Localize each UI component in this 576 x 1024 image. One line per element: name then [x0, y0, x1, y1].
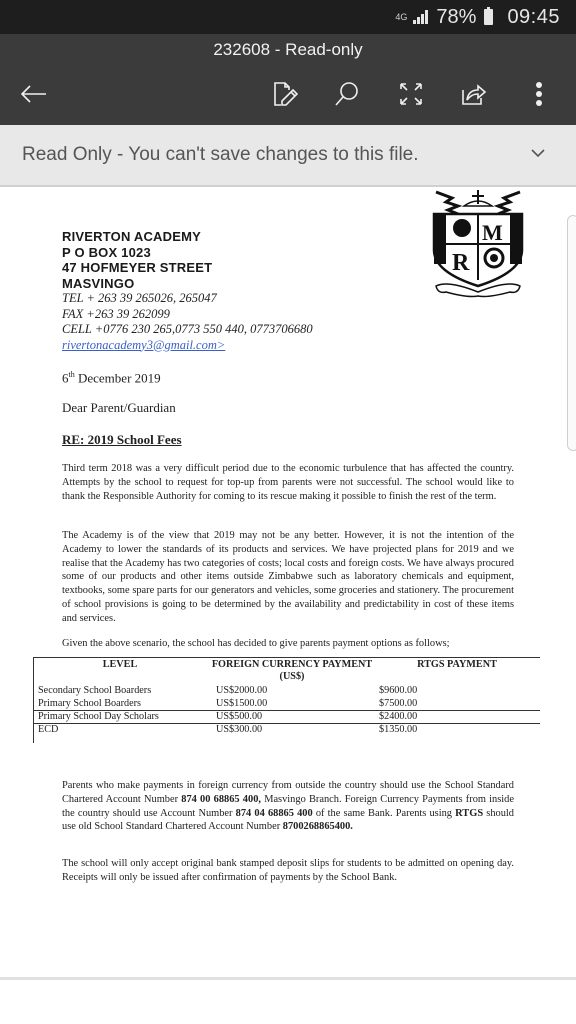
more-vert-icon — [534, 80, 544, 108]
document-title: 232608 - Read-only — [0, 40, 576, 60]
cell-rtgs: $1350.00 — [379, 724, 539, 736]
page-divider — [0, 977, 576, 980]
paragraph-2: The Academy is of the view that 2019 may… — [62, 529, 514, 626]
letter-date: 6th December 2019 — [62, 370, 161, 386]
account-number-2: 874 04 68865 400 — [236, 808, 313, 819]
fees-table-header: LEVEL FOREIGN CURRENCY PAYMENT (US$) RTG… — [33, 659, 540, 685]
header-foreign: FOREIGN CURRENCY PAYMENT (US$) — [207, 659, 377, 685]
paragraph-1: Third term 2018 was a very difficult per… — [62, 462, 514, 503]
cell-rtgs: $9600.00 — [379, 685, 539, 698]
status-bar: 4G 78% 09:45 — [0, 0, 576, 34]
header-level: LEVEL — [33, 659, 207, 685]
battery-icon — [484, 9, 493, 25]
cell-rtgs: $7500.00 — [379, 698, 539, 711]
table-row: ECD US$300.00 $1350.00 — [33, 723, 540, 736]
battery-percent: 78% — [436, 6, 476, 29]
svg-text:R: R — [452, 250, 470, 276]
read-only-message: Read Only - You can't save changes to th… — [22, 144, 419, 166]
p4-text: of the same Bank. Parents using — [313, 808, 455, 819]
cell-foreign: US$1500.00 — [216, 698, 379, 711]
cell-foreign: US$2000.00 — [216, 685, 379, 698]
svg-text:M: M — [482, 220, 503, 245]
share-icon — [459, 80, 487, 108]
date-month-year: December 2019 — [75, 370, 161, 385]
share-button[interactable] — [456, 77, 490, 111]
street-address: 47 HOFMEYER STREET — [62, 260, 313, 276]
table-row: Primary School Boarders US$1500.00 $7500… — [33, 698, 540, 711]
cell-level: Secondary School Boarders — [38, 685, 216, 698]
cell: CELL +0776 230 265,0773 550 440, 0773706… — [62, 322, 313, 338]
city: MASVINGO — [62, 276, 313, 292]
clock: 09:45 — [507, 6, 560, 29]
cell-rtgs: $2400.00 — [379, 711, 539, 723]
fees-table: LEVEL FOREIGN CURRENCY PAYMENT (US$) RTG… — [33, 659, 540, 735]
fullscreen-icon — [398, 81, 424, 107]
edit-button[interactable] — [268, 77, 302, 111]
cell-level: ECD — [38, 724, 216, 736]
search-icon — [333, 80, 361, 108]
account-number-3: 8700268865400. — [283, 821, 353, 832]
signal-icon — [413, 10, 428, 24]
letterhead: RIVERTON ACADEMY P O BOX 1023 47 HOFMEYE… — [62, 229, 313, 353]
table-row: Primary School Day Scholars US$500.00 $2… — [33, 710, 540, 723]
account-number-1: 874 00 68865 400, — [181, 794, 261, 805]
cell-foreign: US$300.00 — [216, 724, 379, 736]
back-button[interactable] — [16, 77, 50, 111]
header-rtgs: RTGS PAYMENT — [377, 659, 537, 685]
chevron-down-icon[interactable] — [530, 147, 546, 159]
paragraph-4: Parents who make payments in foreign cur… — [62, 779, 514, 834]
email-link[interactable]: rivertonacademy3@gmail.com> — [62, 338, 313, 354]
po-box: P O BOX 1023 — [62, 245, 313, 261]
app-bar: 232608 - Read-only — [0, 34, 576, 125]
table-row: Secondary School Boarders US$2000.00 $96… — [33, 685, 540, 698]
paragraph-5: The school will only accept original ban… — [62, 857, 514, 885]
fax: FAX +263 39 262099 — [62, 307, 313, 323]
search-button[interactable] — [330, 77, 364, 111]
letter-subject: RE: 2019 School Fees — [62, 432, 182, 448]
telephone: TEL + 263 39 265026, 265047 — [62, 291, 313, 307]
read-only-banner: Read Only - You can't save changes to th… — [0, 125, 576, 187]
rtgs-label: RTGS — [455, 808, 483, 819]
page-scroll-handle[interactable] — [567, 215, 576, 451]
cell-foreign: US$500.00 — [216, 711, 379, 723]
back-arrow-icon — [18, 82, 48, 106]
cell-level: Primary School Boarders — [38, 698, 216, 711]
school-crest-logo: M R — [418, 188, 538, 300]
network-type-icon: 4G — [395, 13, 407, 22]
cell-level: Primary School Day Scholars — [38, 711, 216, 723]
fullscreen-button[interactable] — [394, 77, 428, 111]
school-name: RIVERTON ACADEMY — [62, 229, 313, 245]
paragraph-3: Given the above scenario, the school has… — [62, 637, 514, 651]
edit-document-icon — [271, 80, 299, 108]
salutation: Dear Parent/Guardian — [62, 400, 176, 416]
more-options-button[interactable] — [522, 77, 556, 111]
